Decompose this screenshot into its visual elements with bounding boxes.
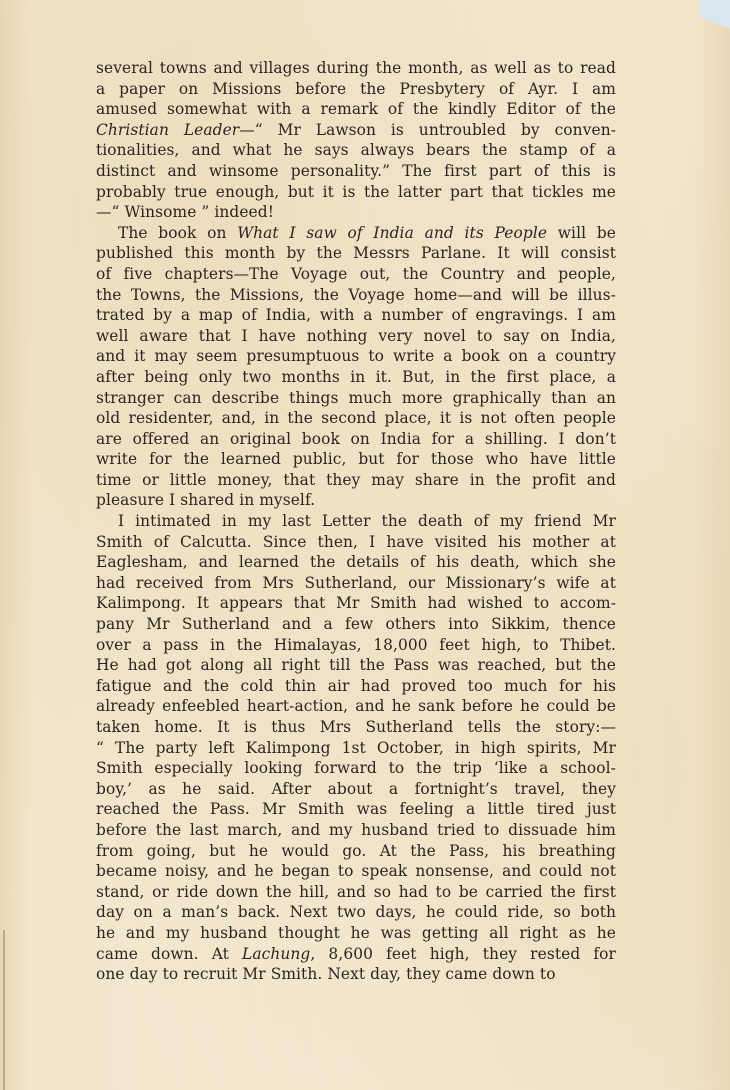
text-line: several towns and villages during the mo… [96, 58, 616, 79]
text-line: The book on What I saw of India and its … [96, 223, 616, 244]
text-line: time or little money, that they may shar… [96, 470, 616, 491]
text-line: had received from Mrs Sutherland, our Mi… [96, 573, 616, 594]
text-line: “ The party left Kalimpong 1st October, … [96, 738, 616, 759]
text-line: pleasure I shared in myself. [96, 490, 616, 511]
paragraph: The book on What I saw of India and its … [96, 223, 616, 511]
text-line: Eaglesham, and learned the details of hi… [96, 552, 616, 573]
text-line: the Towns, the Missions, the Voyage home… [96, 285, 616, 306]
text-line: write for the learned public, but for th… [96, 449, 616, 470]
text-line: stranger can describe things much more g… [96, 388, 616, 409]
text-line: —“ Winsome ” indeed! [96, 202, 616, 223]
text-line: of five chapters—The Voyage out, the Cou… [96, 264, 616, 285]
text-line: after being only two months in it. But, … [96, 367, 616, 388]
text-line: from going, but he would go. At the Pass… [96, 841, 616, 862]
text-line: a paper on Missions before the Presbyter… [96, 79, 616, 100]
text-line: Kalimpong. It appears that Mr Smith had … [96, 593, 616, 614]
text-line: Smith especially looking forward to the … [96, 758, 616, 779]
text-line: came down. At Lachung, 8,600 feet high, … [96, 944, 616, 965]
paragraph: I intimated in my last Letter the death … [96, 511, 616, 985]
text-line: and it may seem presumptuous to write a … [96, 346, 616, 367]
page-corner-fold [700, 0, 730, 60]
text-line: day on a man’s back. Next two days, he c… [96, 902, 616, 923]
text-line: before the last march, and my husband tr… [96, 820, 616, 841]
paragraph: several towns and villages during the mo… [96, 58, 616, 223]
text-line: Christian Leader—“ Mr Lawson is untroubl… [96, 120, 616, 141]
text-line: taken home. It is thus Mrs Sutherland te… [96, 717, 616, 738]
text-line: one day to recruit Mr Smith. Next day, t… [96, 964, 616, 985]
text-line: fatigue and the cold thin air had proved… [96, 676, 616, 697]
text-line: Smith of Calcutta. Since then, I have vi… [96, 532, 616, 553]
text-line: published this month by the Messrs Parla… [96, 243, 616, 264]
text-line: already enfeebled heart-action, and he s… [96, 696, 616, 717]
text-line: are offered an original book on India fo… [96, 429, 616, 450]
text-line: old residenter, and, in the second place… [96, 408, 616, 429]
text-line: became noisy, and he began to speak nons… [96, 861, 616, 882]
text-line: amused somewhat with a remark of the kin… [96, 99, 616, 120]
italic-title: Lachung [242, 945, 310, 963]
text-line: trated by a map of India, with a number … [96, 305, 616, 326]
text-line: pany Mr Sutherland and a few others into… [96, 614, 616, 635]
text-line: probably true enough, but it is the latt… [96, 182, 616, 203]
text-line: I intimated in my last Letter the death … [96, 511, 616, 532]
body-text: several towns and villages during the mo… [96, 58, 616, 985]
scanned-page: several towns and villages during the mo… [0, 0, 730, 1090]
page-binding-edge [3, 930, 5, 1090]
text-line: well aware that I have nothing very nove… [96, 326, 616, 347]
italic-title: What I saw of India and its People [237, 224, 547, 242]
text-line: over a pass in the Himalayas, 18,000 fee… [96, 635, 616, 656]
text-line: reached the Pass. Mr Smith was feeling a… [96, 799, 616, 820]
text-line: he and my husband thought he was getting… [96, 923, 616, 944]
italic-title: Christian Leader [96, 121, 239, 139]
text-line: stand, or ride down the hill, and so had… [96, 882, 616, 903]
text-line: tionalities, and what he says always bea… [96, 140, 616, 161]
text-line: boy,’ as he said. After about a fortnigh… [96, 779, 616, 800]
text-line: He had got along all right till the Pass… [96, 655, 616, 676]
text-line: distinct and winsome personality.” The f… [96, 161, 616, 182]
